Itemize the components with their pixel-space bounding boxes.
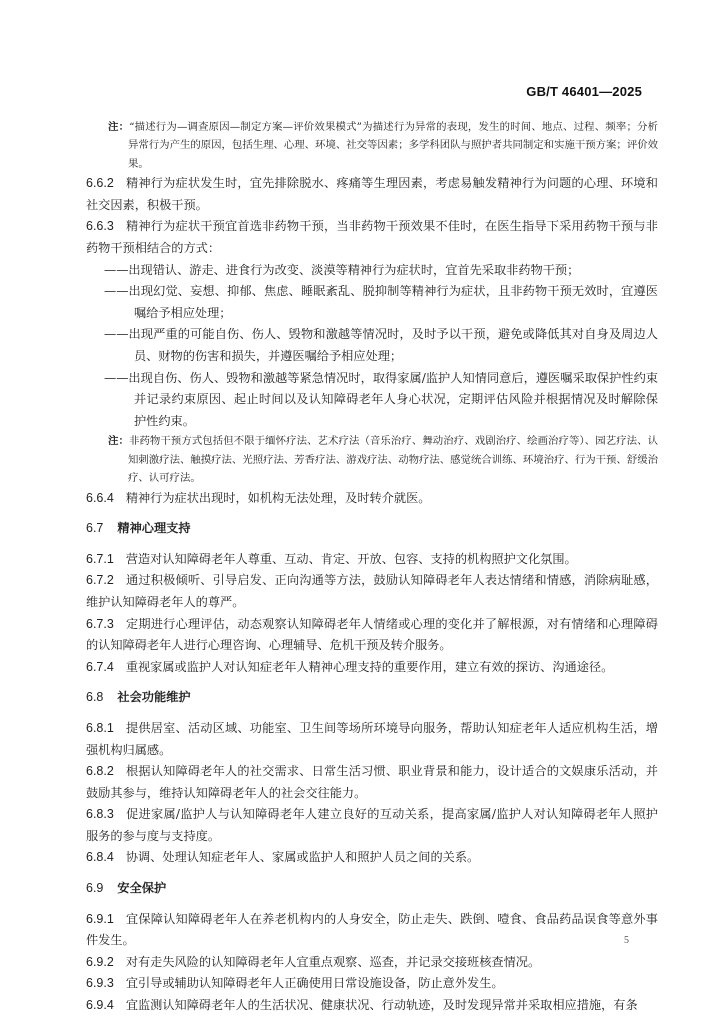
clause-number: 6.8.1 [86, 721, 114, 735]
clause-text: 根据认知障碍老年人的社交需求、日常生活习惯、职业背景和能力，设计适合的文娱康乐活… [86, 764, 658, 800]
clause-number: 6.7.1 [86, 552, 114, 566]
clause-6-9-3: 6.9.3宜引导或辅助认知障碍老年人正确使用日常设施设备，防止意外发生。 [86, 973, 658, 995]
section-heading-6-7: 6.7精神心理支持 [86, 518, 658, 540]
clause-6-8-4: 6.8.4协调、处理认知症老年人、家属或监护人和照护人员之间的关系。 [86, 847, 658, 869]
clause-text: 协调、处理认知症老年人、家属或监护人和照护人员之间的关系。 [126, 850, 479, 864]
note-text: “描述行为—调查原因—制定方案—评价效果模式”为描述行为异常的表现，发生的时间、… [128, 121, 658, 170]
clause-6-7-3: 6.7.3定期进行心理评估，动态观察认知障碍老年人情绪或心理的变化并了解根源，对… [86, 614, 658, 657]
clause-text: 宜监测认知障碍老年人的生活状况、健康状况、行动轨迹，及时发现异常并采取相应措施，… [126, 998, 638, 1012]
clause-6-6-2: 6.6.2精神行为症状发生时，宜先排除脱水、疼痛等生理因素，考虑易触发精神行为问… [86, 173, 658, 216]
note-text: 非药物干预方式包括但不限于缅怀疗法、艺术疗法（音乐治疗、舞动治疗、戏剧治疗、绘画… [128, 435, 658, 484]
clause-text: 精神行为症状干预宜首选非药物干预，当非药物干预效果不佳时，在医生指导下采用药物干… [86, 219, 658, 255]
clause-text: 对有走失风险的认知障碍老年人宜重点观察、巡查，并记录交接班核查情况。 [126, 955, 540, 969]
clause-text: 重视家属或监护人对认知症老年人精神心理支持的重要作用，建立有效的探访、沟通途径。 [126, 660, 614, 674]
section-title: 安全保护 [117, 881, 166, 895]
clause-6-6-4: 6.6.4精神行为症状出现时，如机构无法处理，及时转介就医。 [86, 488, 658, 510]
clause-number: 6.6.3 [86, 219, 114, 233]
note-label: 注： [108, 121, 129, 133]
clause-number: 6.6.2 [86, 176, 114, 190]
clause-6-8-2: 6.8.2根据认知障碍老年人的社交需求、日常生活习惯、职业背景和能力，设计适合的… [86, 761, 658, 804]
clause-number: 6.9.3 [86, 976, 114, 990]
clause-6-8-1: 6.8.1提供居室、活动区域、功能室、卫生间等场所环境导向服务，帮助认知症老年人… [86, 718, 658, 761]
clause-text: 宜引导或辅助认知障碍老年人正确使用日常设施设备，防止意外发生。 [126, 976, 504, 990]
clause-number: 6.8.4 [86, 850, 114, 864]
note-label: 注： [108, 435, 129, 447]
standard-number: GB/T 46401—2025 [526, 84, 642, 99]
clause-text: 提供居室、活动区域、功能室、卫生间等场所环境导向服务，帮助认知症老年人适应机构生… [86, 721, 658, 757]
page-number: 5 [624, 935, 629, 946]
clause-6-9-1: 6.9.1宜保障认知障碍老年人在养老机构内的人身安全，防止走失、跌倒、噎食、食品… [86, 909, 658, 952]
clause-6-9-2: 6.9.2对有走失风险的认知障碍老年人宜重点观察、巡查，并记录交接班核查情况。 [86, 952, 658, 974]
section-title: 社会功能维护 [117, 690, 190, 704]
clause-text: 营造对认知障碍老年人尊重、互动、肯定、开放、包容、支持的机构照护文化氛围。 [126, 552, 577, 566]
clause-number: 6.9.2 [86, 955, 114, 969]
section-number: 6.7 [86, 521, 103, 535]
clause-number: 6.7.4 [86, 660, 114, 674]
list-item: ——出现幻觉、妄想、抑郁、焦虑、睡眠紊乱、脱抑制等精神行为症状，且非药物干预无效… [86, 281, 658, 324]
section-heading-6-9: 6.9安全保护 [86, 878, 658, 900]
section-number: 6.9 [86, 881, 103, 895]
list-item: ——出现错认、游走、进食行为改变、淡漠等精神行为症状时，宜首先采取非药物干预； [86, 260, 658, 282]
clause-text: 通过积极倾听、引导启发、正向沟通等方法，鼓励认知障碍老年人表达情绪和情感，消除病… [86, 573, 658, 609]
clause-number: 6.7.3 [86, 617, 114, 631]
section-number: 6.8 [86, 690, 103, 704]
clause-text: 定期进行心理评估，动态观察认知障碍老年人情绪或心理的变化并了解根源，对有情绪和心… [86, 617, 658, 653]
list-item: ——出现严重的可能自伤、伤人、毁物和激越等情况时，及时予以干预，避免或降低其对自… [86, 324, 658, 367]
clause-6-7-1: 6.7.1营造对认知障碍老年人尊重、互动、肯定、开放、包容、支持的机构照护文化氛… [86, 549, 658, 571]
clause-number: 6.7.2 [86, 573, 114, 587]
note-non-drug: 注：非药物干预方式包括但不限于缅怀疗法、艺术疗法（音乐治疗、舞动治疗、戏剧治疗、… [86, 432, 658, 487]
section-title: 精神心理支持 [117, 521, 190, 535]
clause-6-8-3: 6.8.3促进家属/监护人与认知障碍老年人建立良好的互动关系，提高家属/监护人对… [86, 804, 658, 847]
clause-number: 6.9.1 [86, 912, 114, 926]
clause-number: 6.6.4 [86, 491, 114, 505]
clause-6-6-3: 6.6.3精神行为症状干预宜首选非药物干预，当非药物干预效果不佳时，在医生指导下… [86, 216, 658, 259]
clause-number: 6.8.3 [86, 807, 114, 821]
clause-text: 宜保障认知障碍老年人在养老机构内的人身安全，防止走失、跌倒、噎食、食品药品误食等… [86, 912, 658, 948]
clause-6-7-4: 6.7.4重视家属或监护人对认知症老年人精神心理支持的重要作用，建立有效的探访、… [86, 657, 658, 679]
clause-6-7-2: 6.7.2通过积极倾听、引导启发、正向沟通等方法，鼓励认知障碍老年人表达情绪和情… [86, 570, 658, 613]
clause-text: 精神行为症状发生时，宜先排除脱水、疼痛等生理因素，考虑易触发精神行为问题的心理、… [86, 176, 658, 212]
clause-text: 精神行为症状出现时，如机构无法处理，及时转介就医。 [126, 491, 431, 505]
clause-6-9-4: 6.9.4宜监测认知障碍老年人的生活状况、健康状况、行动轨迹，及时发现异常并采取… [86, 995, 658, 1017]
note-describe-behavior: 注：“描述行为—调查原因—制定方案—评价效果模式”为描述行为异常的表现，发生的时… [86, 118, 658, 173]
section-heading-6-8: 6.8社会功能维护 [86, 687, 658, 709]
clause-number: 6.9.4 [86, 998, 114, 1012]
clause-text: 促进家属/监护人与认知障碍老年人建立良好的互动关系，提高家属/监护人对认知障碍老… [86, 807, 658, 843]
document-body: 注：“描述行为—调查原因—制定方案—评价效果模式”为描述行为异常的表现，发生的时… [86, 118, 658, 1017]
list-item: ——出现自伤、伤人、毁物和激越等紧急情况时，取得家属/监护人知情同意后，遵医嘱采… [86, 368, 658, 433]
clause-number: 6.8.2 [86, 764, 114, 778]
